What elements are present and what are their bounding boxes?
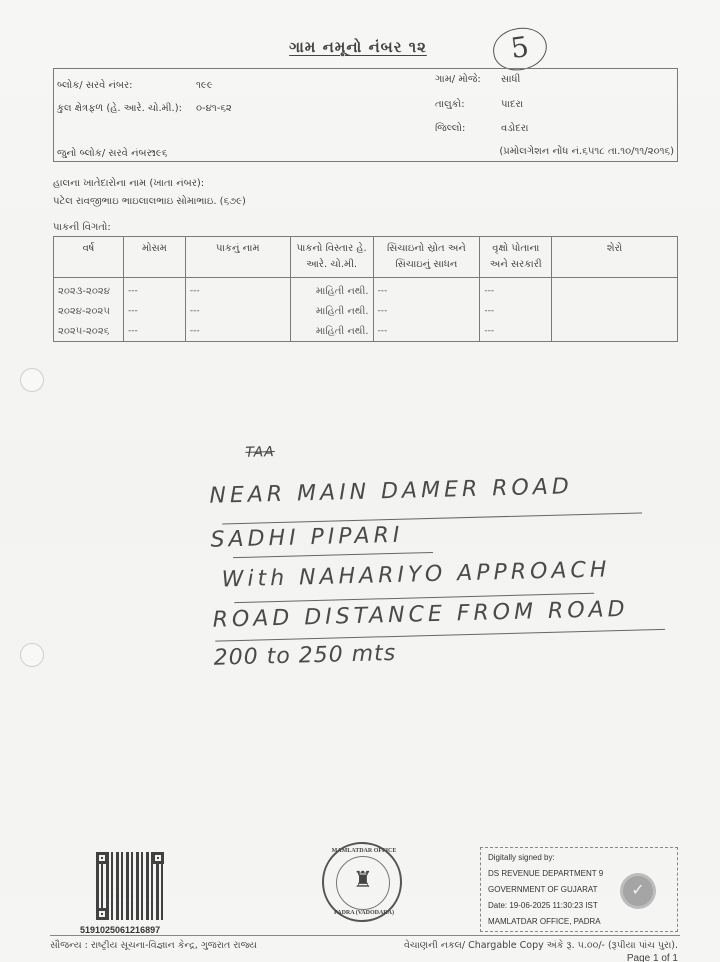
column-header-year: વર્ષ	[54, 237, 124, 278]
block-survey-label: બ્લોક/ સરવે નંબર:	[57, 80, 133, 91]
underline	[233, 552, 433, 558]
footer-courtesy: સૌજન્ય : રાષ્ટ્રીય સૂચના-વિજ્ઞાન કેન્દ્ર…	[50, 940, 257, 951]
qr-id: 5191025061216897	[80, 925, 160, 935]
digital-signature-box: Digitally signed by: DS REVENUE DEPARTME…	[480, 847, 678, 932]
document-page: ગામ નમૂનો નંબર ૧૨ 5 બ્લોક/ સરવે નંબર: ૧૯…	[0, 0, 720, 962]
cell-irrigation: ---	[373, 301, 480, 321]
handwritten-line: With NAHARIYO APPROACH	[221, 557, 610, 592]
cell-year: ૨૦૨૫-૨૦૨૬	[54, 321, 124, 342]
district-value: વડોદરા	[501, 123, 528, 134]
table-row: ૨૦૨૫-૨૦૨૬ --- --- માહિતી નથી. --- ---	[54, 321, 678, 342]
signature-line: GOVERNMENT OF GUJARAT	[488, 885, 598, 894]
total-area-value: ૦-૪૧-૬૨	[196, 103, 232, 114]
cell-irrigation: ---	[373, 321, 480, 342]
signature-line: MAMLATDAR OFFICE, PADRA	[488, 917, 601, 926]
old-block-value: ૧૯૬	[151, 148, 167, 159]
crop-details-label: પાકની વિગતો:	[53, 222, 111, 233]
column-header-trees: વૃક્ષો પોતાના અને સરકારી	[480, 237, 552, 278]
qr-code	[96, 852, 164, 920]
seal-bottom-text: PADRA (VADODARA)	[324, 910, 404, 916]
column-header-crop-area: પાકનો વિસ્તાર હે. આરે. ચો.મી.	[290, 237, 373, 278]
struck-word: TAA	[245, 444, 275, 461]
punch-hole	[20, 643, 44, 667]
page-number: Page 1 of 1	[627, 953, 678, 962]
qr-finder	[152, 852, 164, 864]
cell-crop-name: ---	[185, 301, 290, 321]
seal-top-text: MAMLATDAR OFFICE	[324, 848, 404, 854]
verified-check-icon: ✓	[623, 876, 653, 906]
handwritten-page-number: 5	[490, 24, 549, 73]
cell-crop-name: ---	[185, 278, 290, 302]
cell-crop-name: ---	[185, 321, 290, 342]
cell-season: ---	[123, 278, 185, 302]
handwritten-line: 200 to 250 mts	[213, 641, 396, 671]
table-row: ૨૦૨૪-૨૦૨૫ --- --- માહિતી નથી. --- ---	[54, 301, 678, 321]
cell-trees: ---	[480, 301, 552, 321]
column-header-season: મોસમ	[123, 237, 185, 278]
table-row: ૨૦૨૩-૨૦૨૪ --- --- માહિતી નથી. --- ---	[54, 278, 678, 302]
handwritten-note: TAA NEAR MAIN DAMER ROAD SADHI PIPARI Wi…	[200, 428, 670, 440]
column-header-remarks: શેરો	[552, 237, 678, 278]
cell-year: ૨૦૨૩-૨૦૨૪	[54, 278, 124, 302]
taluka-label: તાલુકો:	[435, 99, 465, 110]
village-label: ગામ/ મોજે:	[435, 74, 481, 85]
cell-trees: ---	[480, 321, 552, 342]
signature-line: DS REVENUE DEPARTMENT 9	[488, 869, 603, 878]
handwritten-line: SADHI PIPARI	[210, 523, 403, 553]
state-emblem-icon: ♜	[352, 866, 374, 900]
signature-line: Date: 19-06-2025 11:30:23 IST	[488, 901, 598, 910]
cell-crop-area: માહિતી નથી.	[290, 321, 373, 342]
handwritten-line: NEAR MAIN DAMER ROAD	[209, 474, 573, 509]
district-label: જિલ્લો:	[435, 123, 465, 134]
block-survey-value: ૧૯૯	[196, 80, 213, 91]
cell-remarks	[552, 278, 678, 302]
document-title: ગામ નમૂનો નંબર ૧૨	[258, 38, 458, 56]
underline	[222, 512, 642, 524]
cell-season: ---	[123, 321, 185, 342]
table-header-row: વર્ષ મોસમ પાકનું નામ પાકનો વિસ્તાર હે. આ…	[54, 237, 678, 278]
cell-season: ---	[123, 301, 185, 321]
column-header-irrigation: સિંચાઇનો સ્રોત અને સિંચાઇનું સાધન	[373, 237, 480, 278]
total-area-label: કુલ ક્ષેત્રફળ (હે. આરે. ચો.મી.):	[57, 103, 182, 114]
qr-finder	[96, 908, 108, 920]
crop-details-table: વર્ષ મોસમ પાકનું નામ પાકનો વિસ્તાર હે. આ…	[53, 236, 678, 342]
signature-line: Digitally signed by:	[488, 853, 555, 862]
cell-remarks	[552, 321, 678, 342]
cell-year: ૨૦૨૪-૨૦૨૫	[54, 301, 124, 321]
land-info-box: બ્લોક/ સરવે નંબર: ૧૯૯ કુલ ક્ષેત્રફળ (હે.…	[53, 68, 678, 162]
cell-irrigation: ---	[373, 278, 480, 302]
cell-remarks	[552, 301, 678, 321]
village-value: સાધી	[501, 74, 520, 85]
footer-divider	[50, 935, 680, 936]
cell-trees: ---	[480, 278, 552, 302]
holders-value: પટેલ રાવજીભાઇ ભાઇલાલભાઇ સોમાભાઇ. (૬૭૯)	[53, 196, 246, 207]
qr-finder	[96, 852, 108, 864]
promulgation-note: (પ્રમોલગેશન નોંધ નં.૬૫૧૮ તા.૧૦/૧૧/૨૦૧૬)	[499, 146, 674, 157]
column-header-crop-name: પાકનું નામ	[185, 237, 290, 278]
footer-charge: વેચાણની નકલ/ Chargable Copy અંકે રૂ. ૫.૦…	[404, 940, 678, 951]
punch-hole	[20, 368, 44, 392]
handwritten-line: ROAD DISTANCE FROM ROAD	[212, 597, 628, 633]
cell-crop-area: માહિતી નથી.	[290, 301, 373, 321]
old-block-label: જુનો બ્લોક/ સરવે નંબર:	[57, 148, 155, 159]
office-seal: MAMLATDAR OFFICE ♜ PADRA (VADODARA)	[322, 842, 402, 922]
holders-label: હાલના ખાતેદારોના નામ (ખાતા નંબર):	[53, 178, 204, 189]
taluka-value: પાદરા	[501, 99, 523, 110]
cell-crop-area: માહિતી નથી.	[290, 278, 373, 302]
